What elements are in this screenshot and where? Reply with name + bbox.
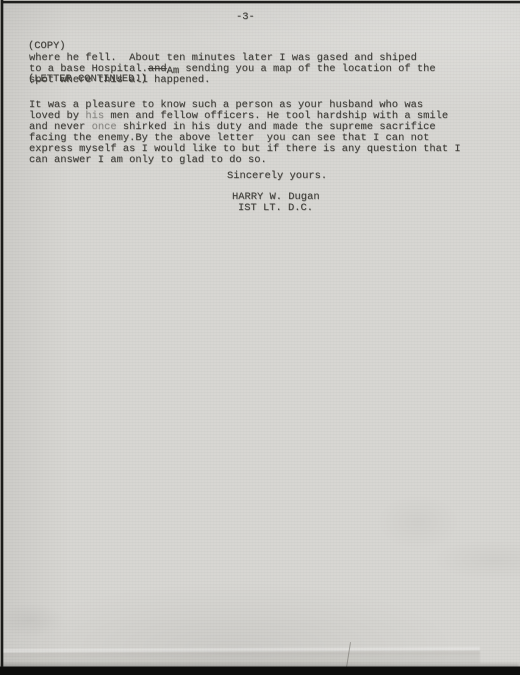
letter-line: can answer I am only to glad to do so. [29,155,461,166]
scan-edge-left [0,0,4,668]
paper-scratch [346,642,351,668]
scan-edge-bottom [0,667,520,675]
closing-line: Sincerely yours. [227,171,327,182]
page-number: -3- [236,12,255,23]
letter-paragraph: It was a pleasure to know such a person … [29,100,461,166]
scanned-letter-page: -3- (COPY) (LETTER CONTINUED.) where he … [0,0,520,675]
scan-edge-top [0,0,520,4]
letter-line: spot where this all happened. [29,75,461,86]
letter-paragraph: where he fell. About ten minutes later I… [29,53,461,86]
copy-label: (COPY) [28,41,147,52]
signature-title: IST LT. D.C. [238,203,313,214]
letter-body: where he fell. About ten minutes later I… [29,53,461,180]
paper-crease [0,647,480,665]
